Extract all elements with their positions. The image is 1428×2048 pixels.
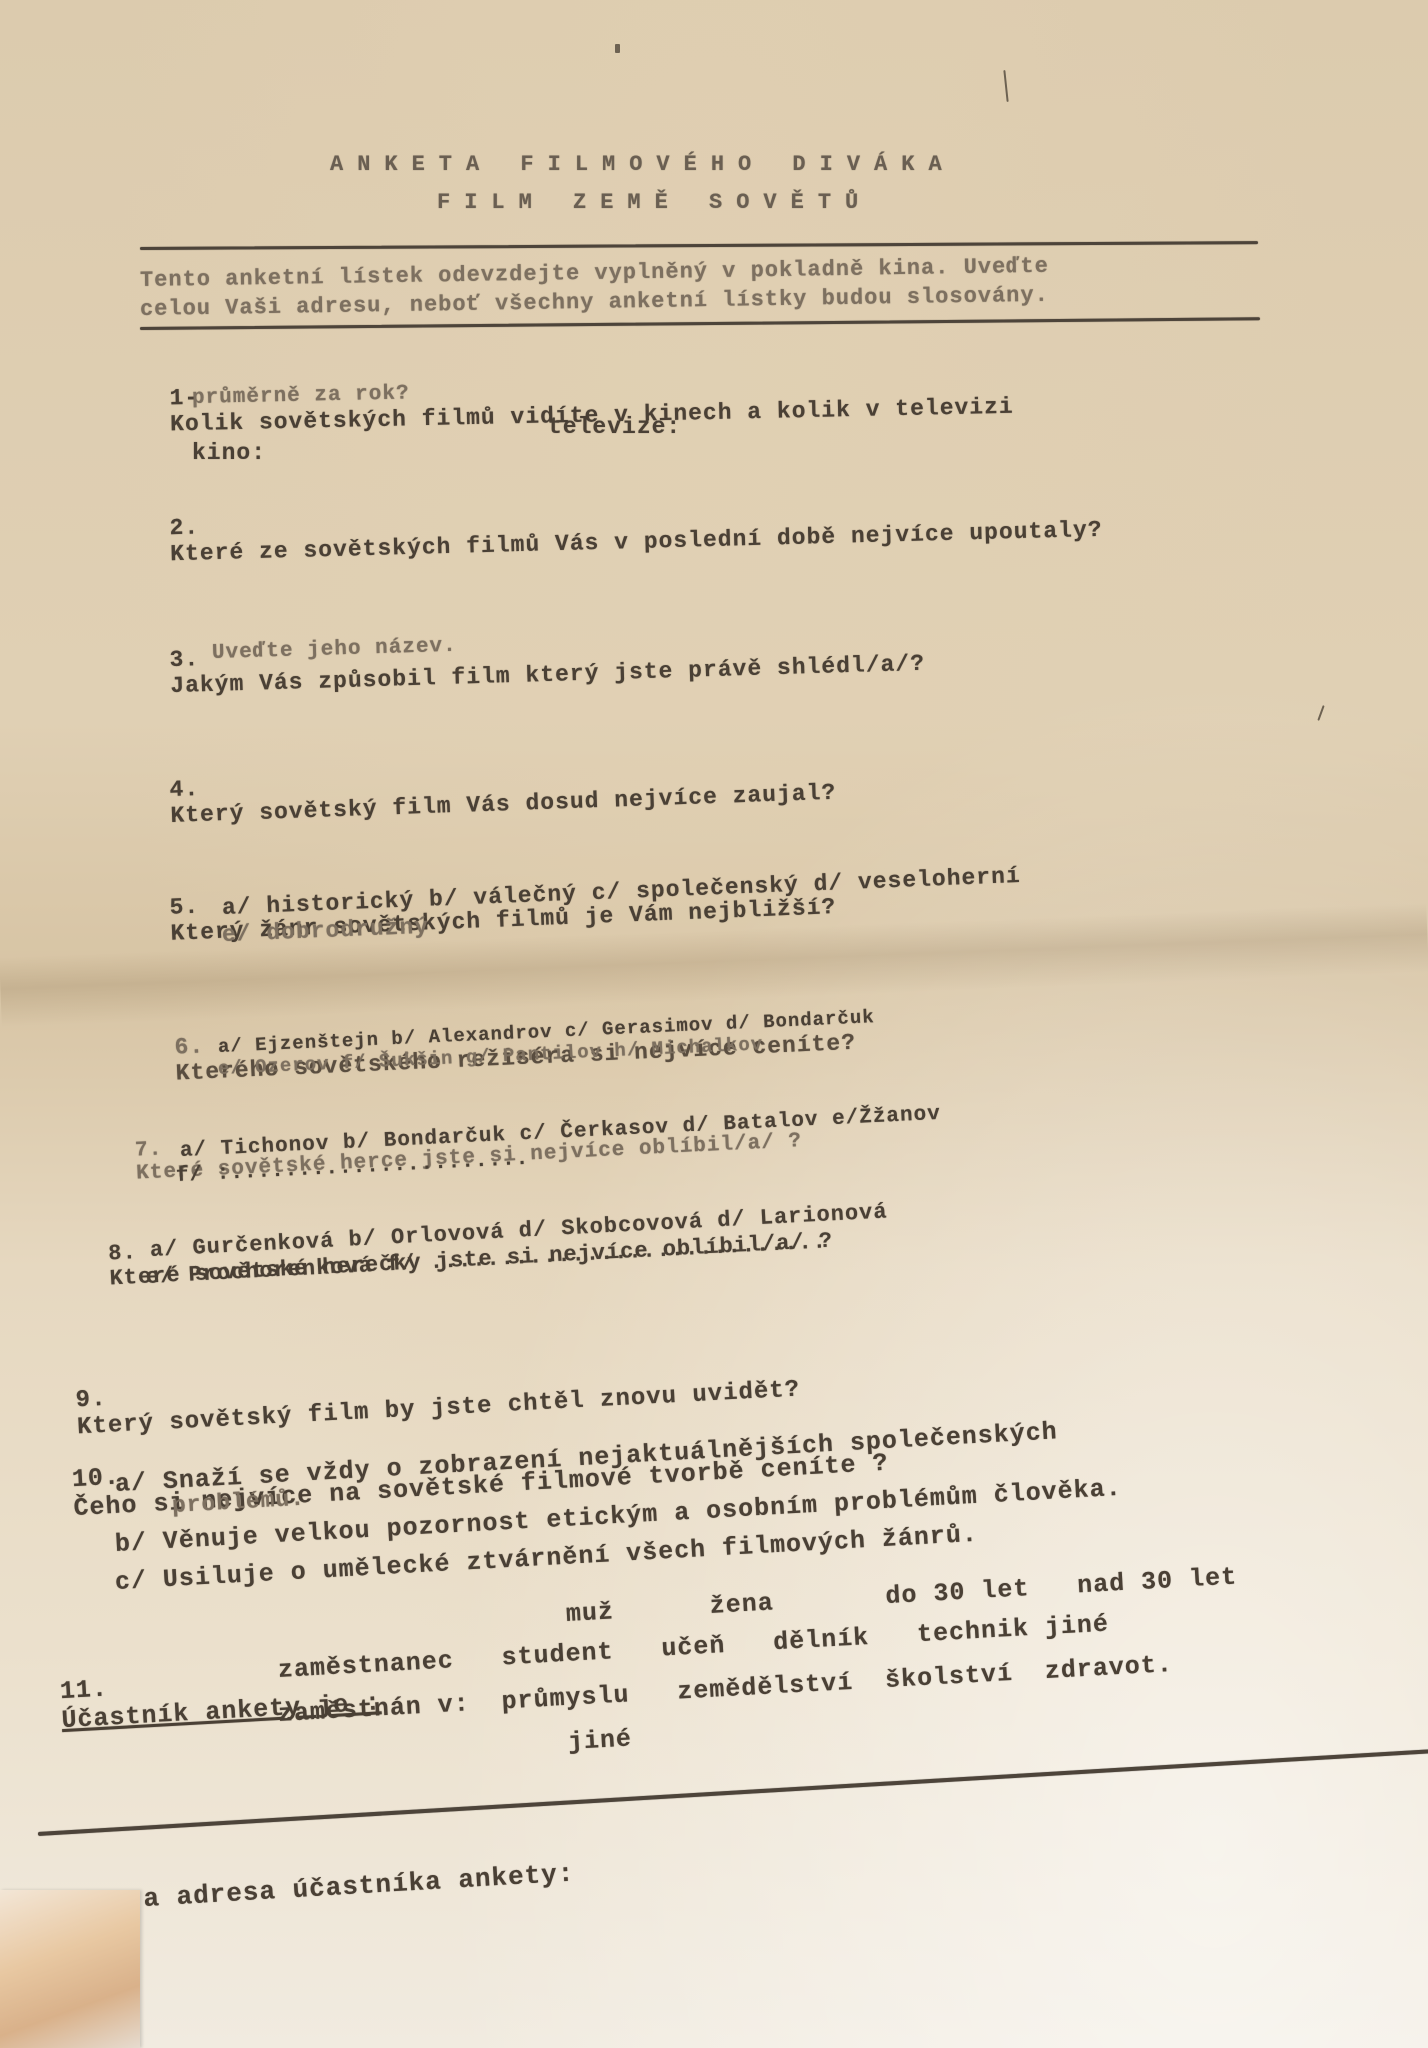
question-1-tv-answer[interactable] (660, 414, 960, 440)
ink-speck (615, 44, 620, 53)
question-1-cinema-answer[interactable] (272, 440, 532, 466)
question-11-row-other[interactable]: jiné (567, 1724, 633, 1757)
underlying-sheet-corner (0, 1890, 140, 2048)
question-1-overstrike: průměrně za rok? (192, 382, 410, 410)
question-number: 11. (59, 1675, 109, 1707)
question-number: 6. (174, 1033, 205, 1060)
question-number: 8. (108, 1240, 138, 1266)
document-title: ANKETA FILMOVÉHO DIVÁKA (330, 152, 956, 177)
question-number: 2. (169, 514, 199, 541)
participant-name-address-field[interactable] (60, 1935, 1360, 2025)
question-1-field-cinema: kino: (192, 440, 266, 466)
question-number: 10. (71, 1463, 121, 1495)
question-number: 9. (75, 1386, 107, 1415)
question-number: 4. (169, 776, 199, 803)
question-number: 7. (135, 1138, 163, 1162)
question-number: 3. (169, 646, 199, 673)
document-subtitle: FILM ZEMĚ SOVĚTŮ (437, 190, 872, 215)
question-number: 5. (169, 894, 200, 921)
